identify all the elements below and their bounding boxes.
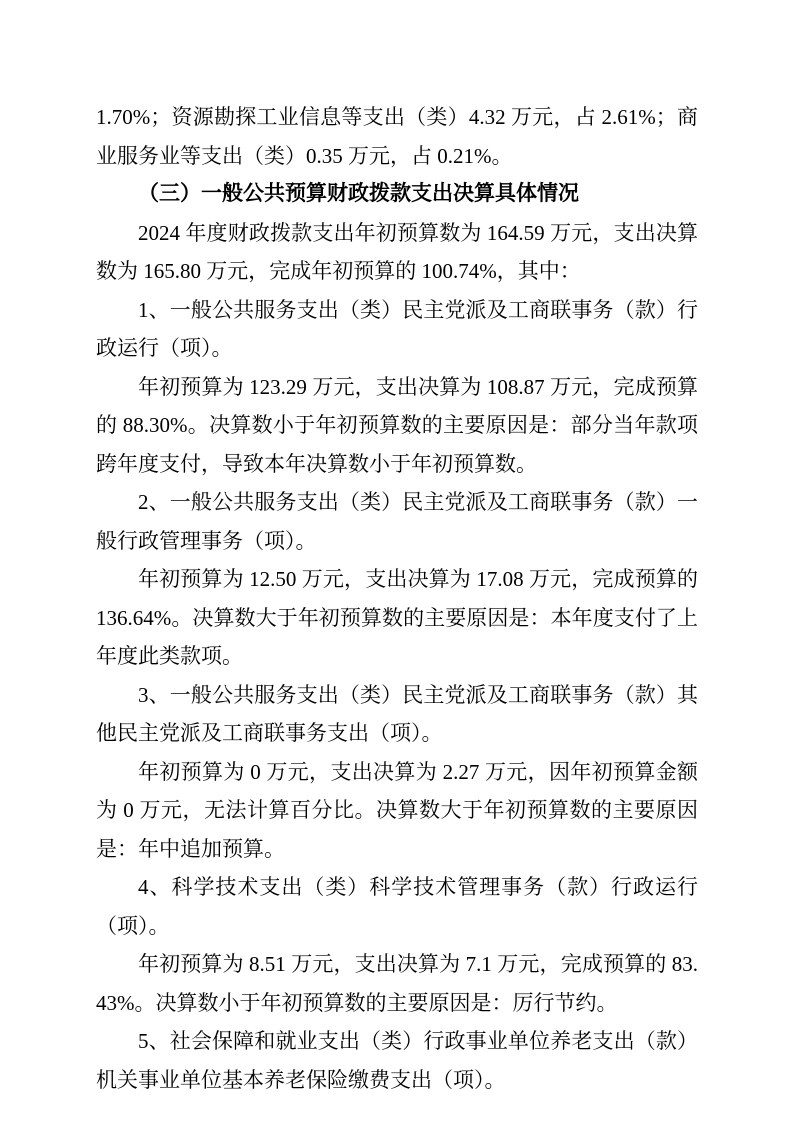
paragraph-item-2-detail: 年初预算为 12.50 万元，支出决算为 17.08 万元，完成预算的 136.… xyxy=(96,560,698,676)
document-page: 1.70%；资源勘探工业信息等支出（类）4.32 万元，占 2.61%；商业服务… xyxy=(0,0,793,1122)
paragraph-item-1-title: 1、一般公共服务支出（类）民主党派及工商联事务（款）行政运行（项）。 xyxy=(96,291,698,368)
paragraph-item-5-title: 5、社会保障和就业支出（类）行政事业单位养老支出（款）机关事业单位基本养老保险缴… xyxy=(96,1022,698,1099)
paragraph-expenditure-breakdown-continuation: 1.70%；资源勘探工业信息等支出（类）4.32 万元，占 2.61%；商业服务… xyxy=(96,98,698,175)
document-text-block: 1.70%；资源勘探工业信息等支出（类）4.32 万元，占 2.61%；商业服务… xyxy=(96,98,698,1099)
paragraph-2024-budget-summary: 2024 年度财政拨款支出年初预算数为 164.59 万元，支出决算数为 165… xyxy=(96,214,698,291)
paragraph-item-3-title: 3、一般公共服务支出（类）民主党派及工商联事务（款）其他民主党派及工商联事务支出… xyxy=(96,676,698,753)
paragraph-item-2-title: 2、一般公共服务支出（类）民主党派及工商联事务（款）一般行政管理事务（项）。 xyxy=(96,483,698,560)
paragraph-item-3-detail: 年初预算为 0 万元，支出决算为 2.27 万元，因年初预算金额为 0 万元，无… xyxy=(96,753,698,869)
section-heading-budget-expenditure-details: （三）一般公共预算财政拨款支出决算具体情况 xyxy=(96,175,698,214)
paragraph-item-1-detail: 年初预算为 123.29 万元，支出决算为 108.87 万元，完成预算的 88… xyxy=(96,368,698,484)
paragraph-item-4-title: 4、科学技术支出（类）科学技术管理事务（款）行政运行（项）。 xyxy=(96,868,698,945)
paragraph-item-4-detail: 年初预算为 8.51 万元，支出决算为 7.1 万元，完成预算的 83.43%。… xyxy=(96,945,698,1022)
